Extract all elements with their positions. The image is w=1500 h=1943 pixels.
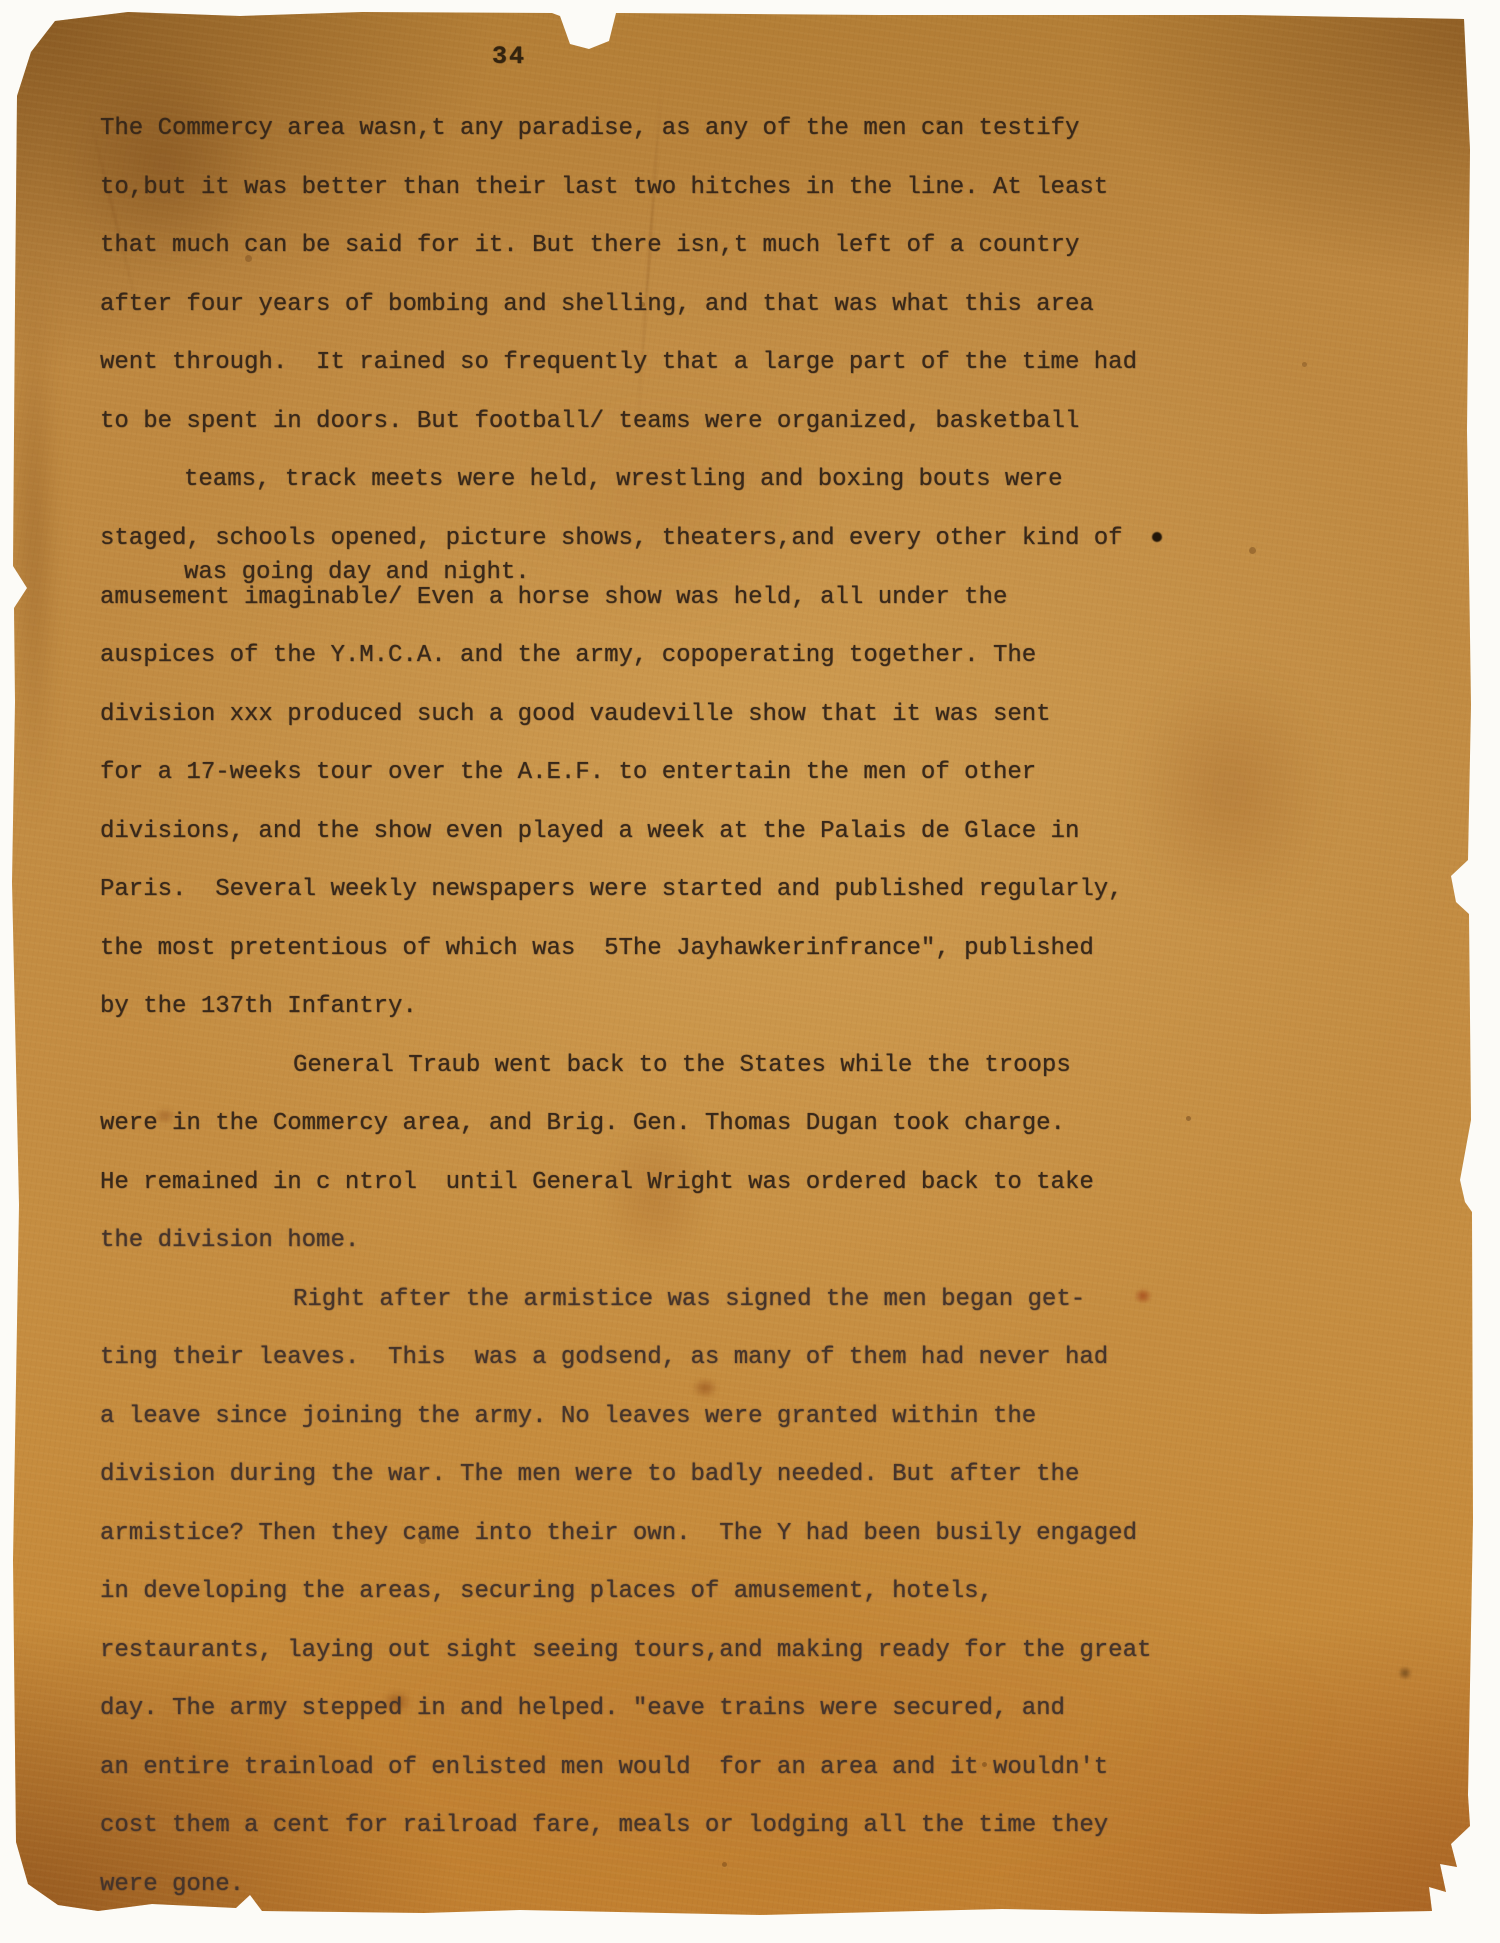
typed-line: cost them a cent for railroad fare, meal… <box>100 1797 1300 1856</box>
typed-line: auspices of the Y.M.C.A. and the army, c… <box>100 627 1300 686</box>
foxing-specks <box>0 0 5 5</box>
typed-text: The Commercy area wasn,t any paradise, a… <box>100 100 1300 1914</box>
typed-line: a leave since joining the army. No leave… <box>100 1388 1300 1447</box>
typed-line: armistice? Then they came into their own… <box>100 1505 1300 1564</box>
page-number: 34 <box>492 42 526 71</box>
typed-line: Paris. Several weekly newspapers were st… <box>100 861 1300 920</box>
typed-line: in developing the areas, securing places… <box>100 1563 1300 1622</box>
stain <box>1398 1666 1412 1680</box>
typed-line: He remained in c ntrol until General Wri… <box>100 1154 1300 1213</box>
typed-line: division xxx produced such a good vaudev… <box>100 686 1300 745</box>
typed-line: for a 17-weeks tour over the A.E.F. to e… <box>100 744 1300 803</box>
typed-line: teams, track meets were held, wrestling … <box>100 451 1300 510</box>
typed-line: Right after the armistice was signed the… <box>100 1271 1300 1330</box>
typed-line: restaurants, laying out sight seeing tou… <box>100 1622 1300 1681</box>
scan-background: 34 The Commercy area wasn,t any paradise… <box>0 0 1500 1943</box>
stain <box>4 150 64 930</box>
typed-line: the most pretentious of which was 5The J… <box>100 920 1300 979</box>
typed-line: by the 137th Infantry. <box>100 978 1300 1037</box>
typed-line: were gone. <box>100 1856 1300 1915</box>
typed-line: that much can be said for it. But there … <box>100 217 1300 276</box>
typed-line: ting their leaves. This was a godsend, a… <box>100 1329 1300 1388</box>
paper-page: 34 The Commercy area wasn,t any paradise… <box>0 0 1500 1943</box>
typed-line: divisions, and the show even played a we… <box>100 803 1300 862</box>
typed-line: division during the war. The men were to… <box>100 1446 1300 1505</box>
typed-line: The Commercy area wasn,t any paradise, a… <box>100 100 1300 159</box>
typed-line: General Traub went back to the States wh… <box>100 1037 1300 1096</box>
typed-line: were in the Commercy area, and Brig. Gen… <box>100 1095 1300 1154</box>
typed-line: went through. It rained so frequently th… <box>100 334 1300 393</box>
typed-line: to be spent in doors. But football/ team… <box>100 393 1300 452</box>
typed-line: to,but it was better than their last two… <box>100 159 1300 218</box>
typed-line: the division home. <box>100 1212 1300 1271</box>
typed-line: after four years of bombing and shelling… <box>100 276 1300 335</box>
typed-line: amusement imaginable/ Even a horse show … <box>100 569 1300 628</box>
typed-line: day. The army stepped in and helped. "ea… <box>100 1680 1300 1739</box>
typed-line: an entire trainload of enlisted men woul… <box>100 1739 1300 1798</box>
